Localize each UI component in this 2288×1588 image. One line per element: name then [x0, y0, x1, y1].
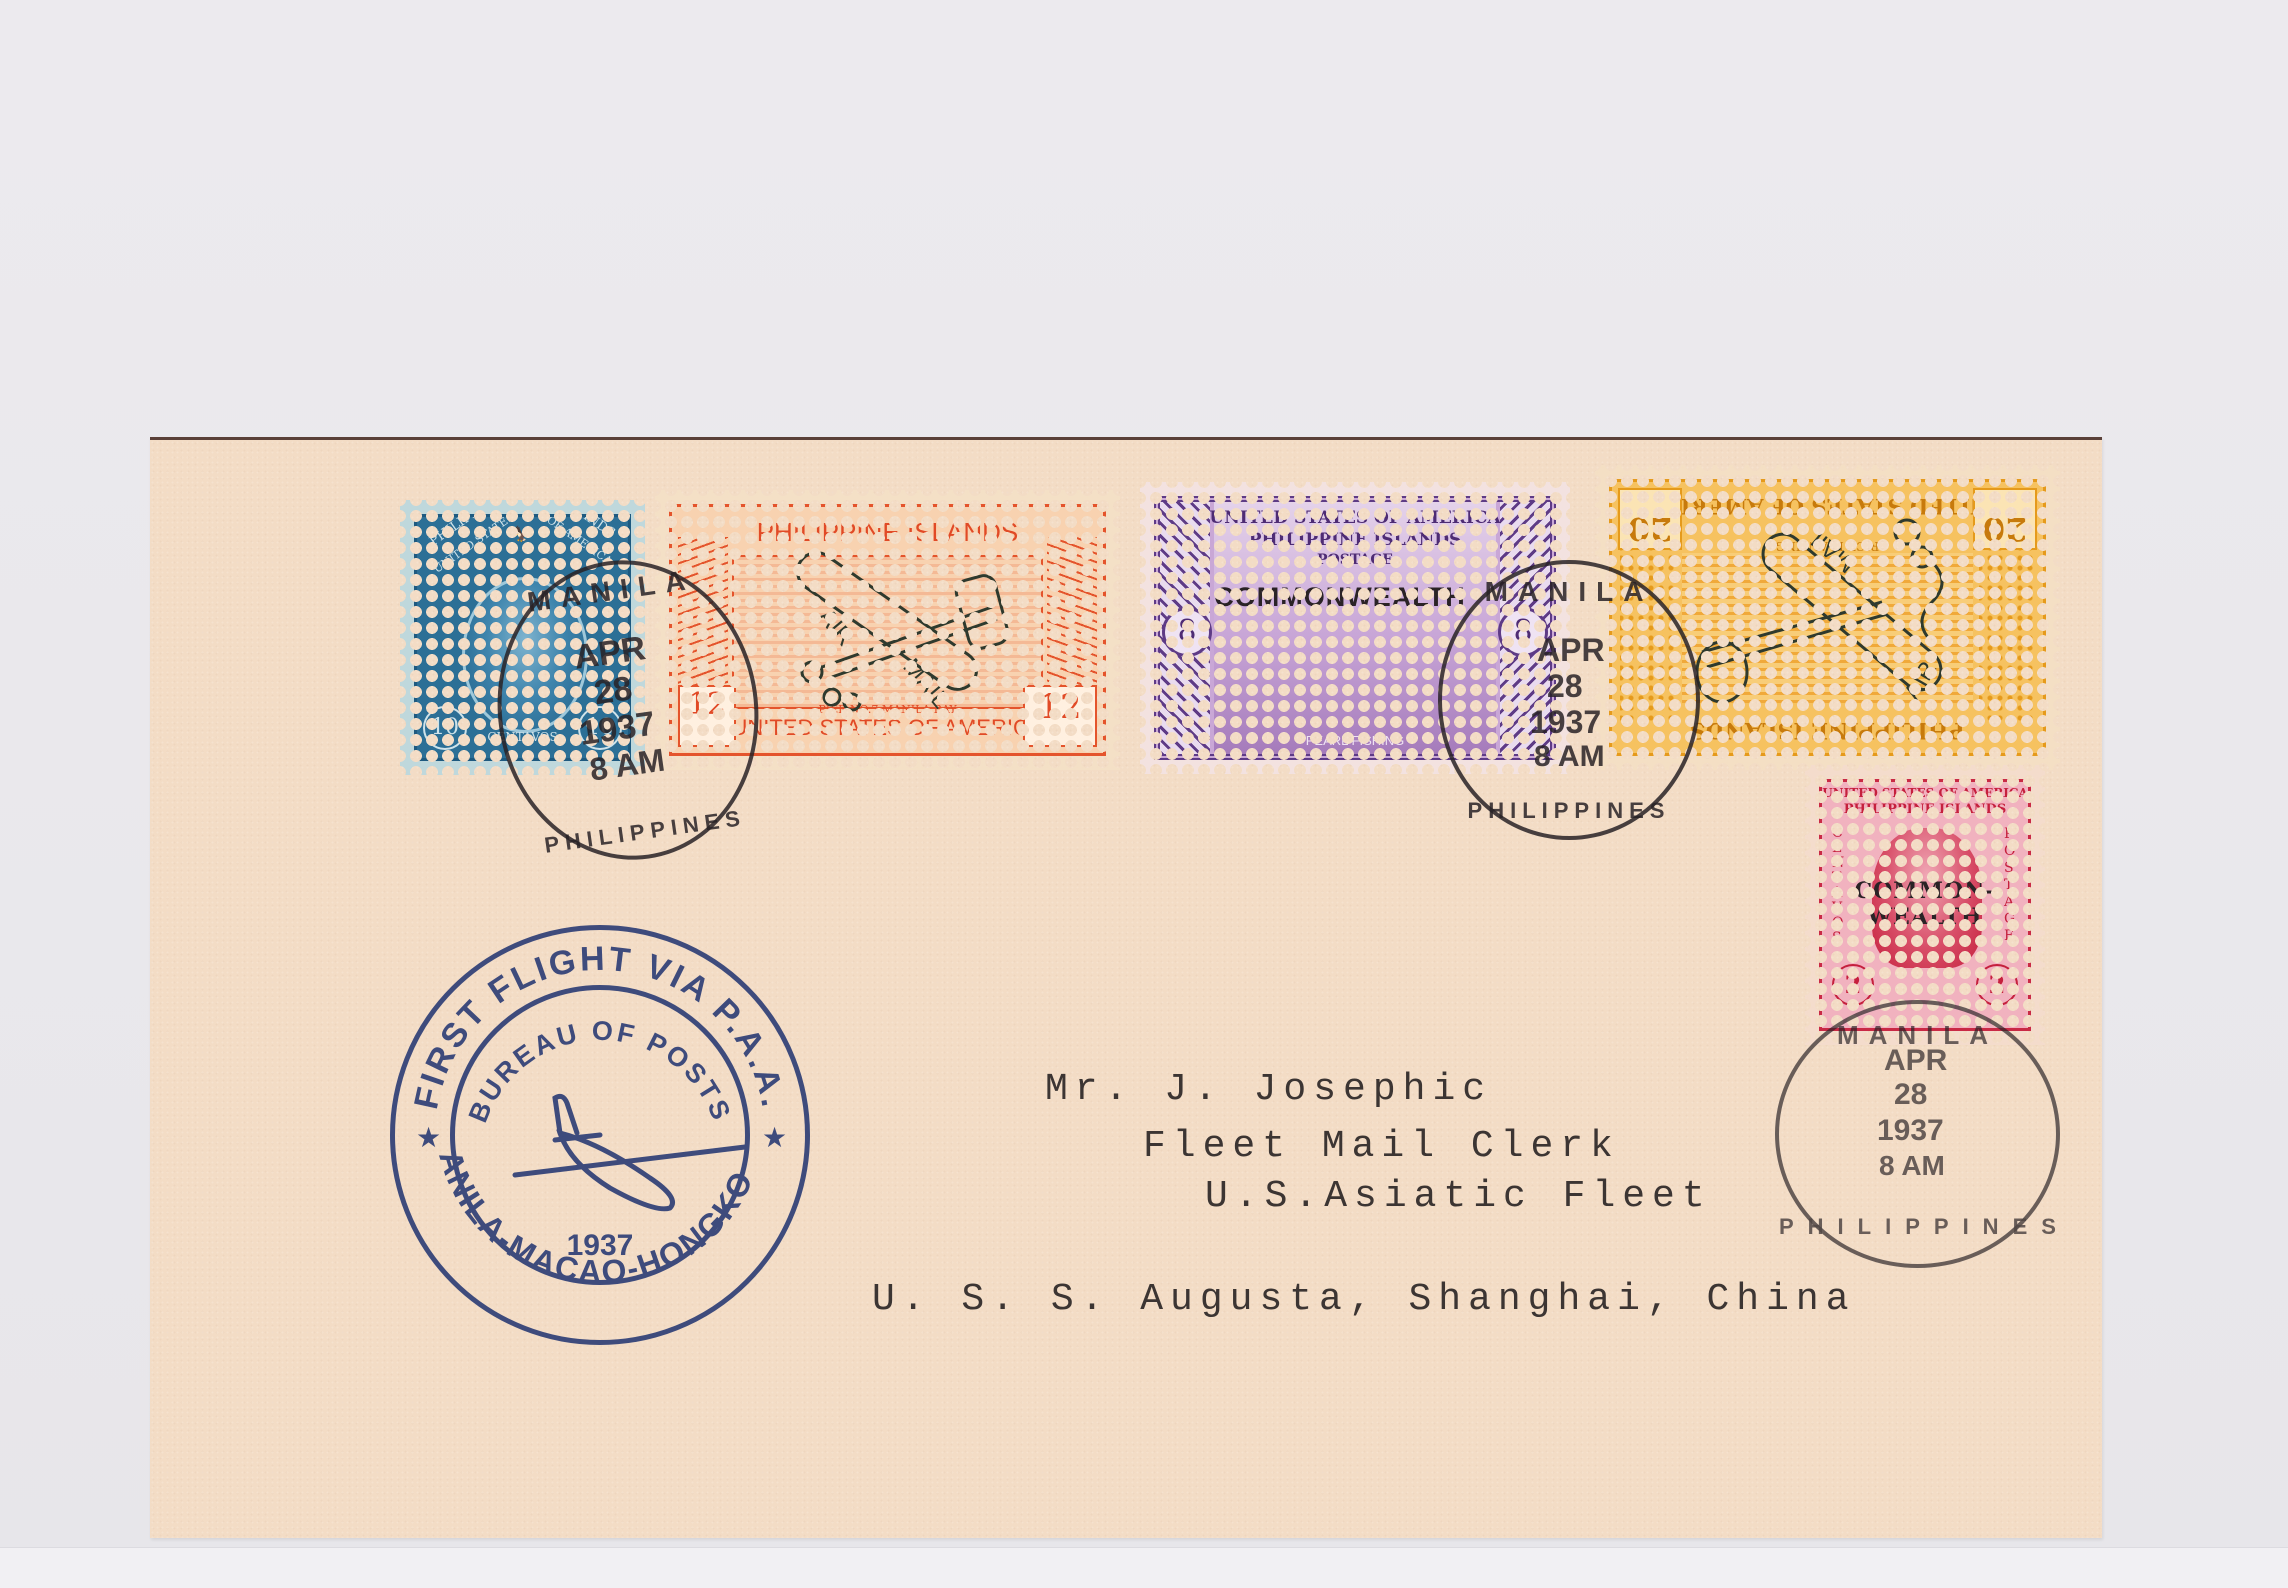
cachet-inner-ring	[450, 985, 750, 1285]
airmail-overprint-airplane-icon: AIR MAIL	[762, 547, 1022, 727]
star-icon: ★	[416, 1122, 441, 1153]
stamp-value: 12	[1023, 685, 1097, 747]
postmark-manila-2: MANILA APR 28 1937 8 AM PHILIPPINES	[1438, 560, 1700, 840]
commonwealth-overprint-line1: COMMON-	[1822, 878, 2028, 904]
stamp-line1: UNITED STATES OF AMERICA	[1822, 786, 2028, 800]
postmark-manila-3: MANILA APR 28 1937 8 AM PHILIPPINES	[1775, 1000, 2060, 1268]
airmail-overprint-airplane-icon: MAIL AIR	[1682, 502, 1982, 732]
stamp-value: 20	[1973, 488, 2037, 550]
svg-text:AIR: AIR	[812, 604, 858, 652]
stamp-value: 2	[1976, 964, 2018, 1006]
stamp-header: PHILIPPINE ISLANDS	[672, 517, 1103, 548]
address-line-title: Fleet Mail Clerk	[1143, 1125, 1620, 1168]
star-icon: ★	[762, 1122, 787, 1153]
stamp-line2: PHILIPPINE ISLANDS	[1160, 530, 1550, 550]
palm-tree-right	[1047, 537, 1097, 707]
stamp-value: 2	[1832, 964, 1874, 1006]
sheet-bottom-edge	[0, 1547, 2288, 1588]
rice-stalk-left	[1979, 543, 2035, 723]
stamp-value: 20	[1618, 488, 1682, 550]
stamp-text: UNITED STATES	[431, 514, 517, 576]
stamp-line1: UNITED STATES OF AMERICA	[1160, 508, 1550, 528]
address-line-fleet: U.S.Asiatic Fleet	[1205, 1175, 1712, 1218]
stamp-line2: PHILIPPINE ISLANDS	[1822, 802, 2028, 817]
svg-text:AIR: AIR	[1899, 657, 1942, 705]
address-line-name: Mr. J. Josephic	[1045, 1068, 1492, 1111]
commonwealth-overprint-line2: WEALTH	[1822, 904, 2028, 930]
stamp-line3: POSTAGE	[1160, 552, 1550, 568]
stamp-value: 8	[1162, 607, 1212, 657]
first-flight-cachet: FIRST FLIGHT VIA P.A.A. MANILA-MACAO-HON…	[390, 925, 810, 1345]
address-line-ship-city: U. S. S. Augusta, Shanghai, China	[872, 1278, 1856, 1321]
